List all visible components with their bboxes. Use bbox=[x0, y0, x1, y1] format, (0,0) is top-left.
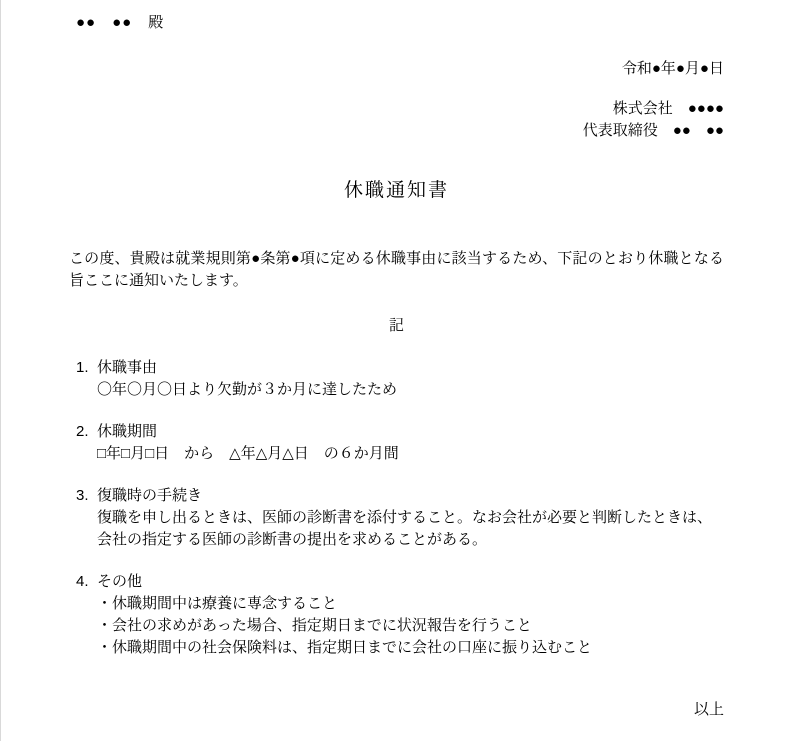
item-number: 4. bbox=[69, 571, 97, 659]
item-heading: 休職期間 bbox=[97, 421, 724, 443]
item-bullet: ・会社の求めがあった場合、指定期日までに状況報告を行うこと bbox=[97, 615, 724, 637]
item-bullet: ・休職期間中の社会保険料は、指定期日までに会社の口座に振り込むこと bbox=[97, 637, 724, 659]
list-item-reinstatement: 3. 復職時の手続き 復職を申し出るときは、医師の診断書を添付すること。なお会社… bbox=[69, 485, 724, 551]
list-item-period: 2. 休職期間 □年□月□日 から △年△月△日 の６か月間 bbox=[69, 421, 724, 465]
item-content: 復職時の手続き 復職を申し出るときは、医師の診断書を添付すること。なお会社が必要… bbox=[97, 485, 724, 551]
item-bullet: ・休職期間中は療養に専念すること bbox=[97, 593, 724, 615]
sender-block: 株式会社 ●●●● 代表取締役 ●● ●● bbox=[69, 98, 724, 142]
item-heading: 復職時の手続き bbox=[97, 485, 724, 507]
notice-item-list: 1. 休職事由 〇年〇月〇日より欠勤が３か月に達したため 2. 休職期間 □年□… bbox=[69, 357, 724, 659]
document-title: 休職通知書 bbox=[69, 178, 724, 204]
issue-date: 令和●年●月●日 bbox=[69, 58, 724, 80]
item-number: 1. bbox=[69, 357, 97, 401]
item-heading: 休職事由 bbox=[97, 357, 724, 379]
recipient-line: ●● ●● 殿 bbox=[69, 12, 724, 34]
item-content: その他 ・休職期間中は療養に専念すること ・会社の求めがあった場合、指定期日まで… bbox=[97, 571, 724, 659]
item-content: 休職事由 〇年〇月〇日より欠勤が３か月に達したため bbox=[97, 357, 724, 401]
item-text: 復職を申し出るときは、医師の診断書を添付すること。なお会社が必要と判断したときは… bbox=[97, 507, 724, 551]
list-item-reason: 1. 休職事由 〇年〇月〇日より欠勤が３か月に達したため bbox=[69, 357, 724, 401]
item-text: 〇年〇月〇日より欠勤が３か月に達したため bbox=[97, 379, 724, 401]
representative-name: 代表取締役 ●● ●● bbox=[69, 120, 724, 142]
item-content: 休職期間 □年□月□日 から △年△月△日 の６か月間 bbox=[97, 421, 724, 465]
company-name: 株式会社 ●●●● bbox=[69, 98, 724, 120]
notice-body: この度、貴殿は就業規則第●条第●項に定める休職事由に該当するため、下記のとおり休… bbox=[69, 248, 724, 292]
list-item-other: 4. その他 ・休職期間中は療養に専念すること ・会社の求めがあった場合、指定期… bbox=[69, 571, 724, 659]
record-marker: 記 bbox=[69, 315, 724, 337]
item-heading: その他 bbox=[97, 571, 724, 593]
item-number: 2. bbox=[69, 421, 97, 465]
item-text: □年□月□日 から △年△月△日 の６か月間 bbox=[97, 443, 724, 465]
closing-mark: 以上 bbox=[69, 699, 724, 721]
document-page: ●● ●● 殿 令和●年●月●日 株式会社 ●●●● 代表取締役 ●● ●● 休… bbox=[0, 0, 790, 741]
item-number: 3. bbox=[69, 485, 97, 551]
